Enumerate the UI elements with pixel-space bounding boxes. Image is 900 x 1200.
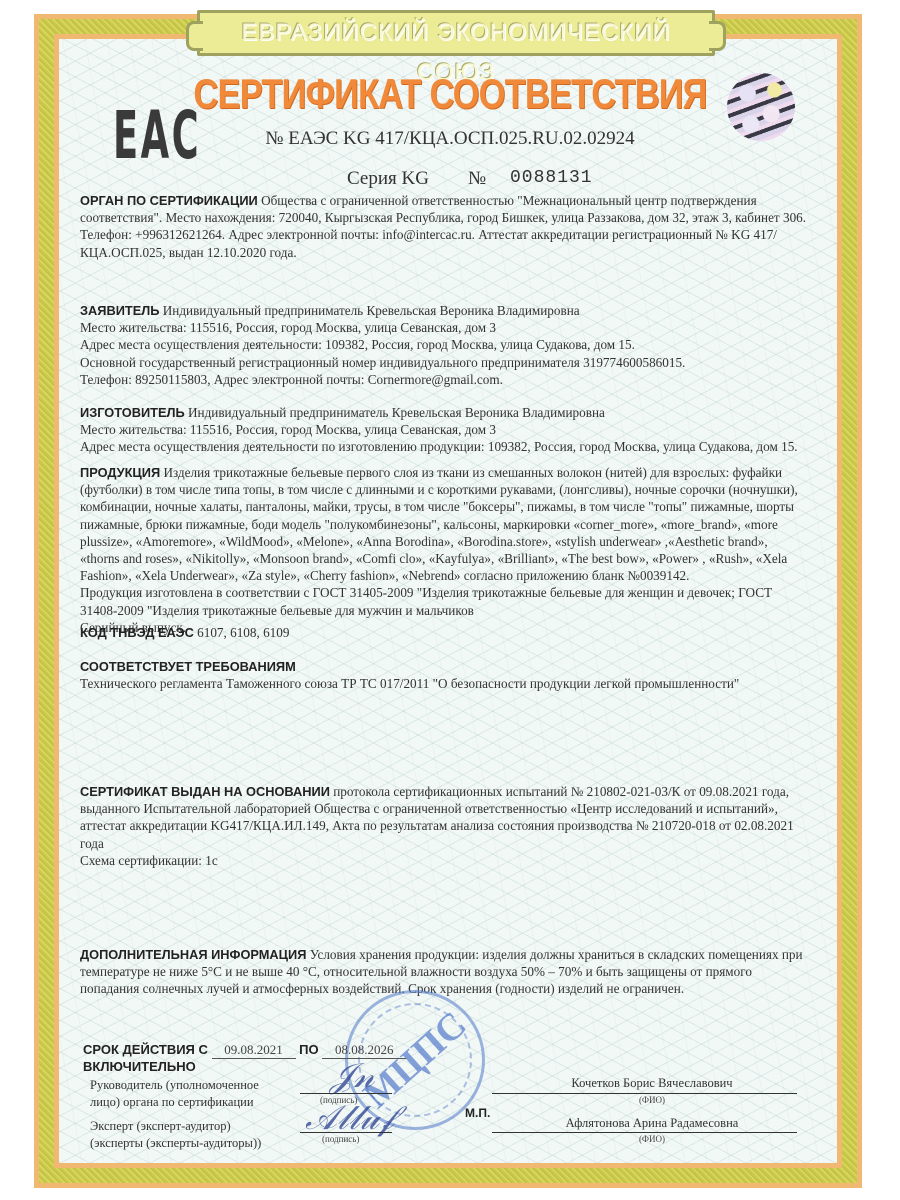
seal-place-label: М.П. (465, 1106, 490, 1120)
product-label: ПРОДУКЦИЯ (80, 465, 160, 480)
applicant-label: ЗАЯВИТЕЛЬ (80, 303, 159, 318)
head-signatory-label: Руководитель (уполномоченное лицо) орган… (90, 1077, 259, 1111)
requirements-text: Технического регламента Таможенного союз… (80, 675, 810, 692)
certification-scheme: Схема сертификации: 1с (80, 852, 810, 869)
applicant-residence: Место жительства: 115516, Россия, город … (80, 319, 810, 336)
head-signature-line (300, 1093, 392, 1094)
section-applicant: ЗАЯВИТЕЛЬ Индивидуальный предприниматель… (80, 302, 810, 388)
manufacturer-name: Индивидуальный предприниматель Кревельск… (185, 405, 605, 420)
requirements-label: СООТВЕТСТВУЕТ ТРЕБОВАНИЯМ (80, 658, 810, 675)
applicant-activity-address: Адрес места осуществления деятельности: … (80, 336, 810, 353)
applicant-name: Индивидуальный предприниматель Кревельск… (159, 303, 579, 318)
applicant-ogrnip: Основной государственный регистрационный… (80, 354, 810, 371)
section-basis: СЕРТИФИКАТ ВЫДАН НА ОСНОВАНИИ протокола … (80, 783, 810, 869)
expert-signatory-label: Эксперт (эксперт-аудитор) (эксперты (экс… (90, 1118, 261, 1152)
manufacturer-residence: Место жительства: 115516, Россия, город … (80, 421, 810, 438)
additional-info-label: ДОПОЛНИТЕЛЬНАЯ ИНФОРМАЦИЯ (80, 947, 306, 962)
section-certification-body: ОРГАН ПО СЕРТИФИКАЦИИ Общества с огранич… (80, 192, 810, 261)
eaeu-banner: ЕВРАЗИЙСКИЙ ЭКОНОМИЧЕСКИЙ СОЮЗ (197, 10, 715, 56)
number-sign: № (468, 168, 486, 190)
head-label-line2: лицо) органа по сертификации (90, 1094, 259, 1111)
head-name-caption: (ФИО) (502, 1095, 802, 1105)
head-label-line1: Руководитель (уполномоченное (90, 1077, 259, 1094)
section-product: ПРОДУКЦИЯ Изделия трикотажные бельевые п… (80, 464, 810, 636)
manufacturer-label: ИЗГОТОВИТЕЛЬ (80, 405, 185, 420)
applicant-contacts: Телефон: 89250115803, Адрес электронной … (80, 371, 810, 388)
validity-from-date: 09.08.2021 (212, 1042, 296, 1059)
expert-label-line1: Эксперт (эксперт-аудитор) (90, 1118, 261, 1135)
expert-label-line2: (эксперты (эксперты-аудиторы)) (90, 1135, 261, 1152)
series-number: 0088131 (510, 168, 593, 188)
expert-signature-caption: (подпись) (322, 1134, 359, 1144)
validity-from-label: СРОК ДЕЙСТВИЯ С (83, 1042, 208, 1057)
product-description: Изделия трикотажные бельевые первого сло… (80, 465, 798, 583)
validity-to-label: ПО (299, 1042, 318, 1057)
tnved-codes: 6107, 6108, 6109 (194, 625, 290, 640)
manufacturer-production-address: Адрес места осуществления деятельности п… (80, 438, 810, 455)
tnved-label: КОД ТНВЭД ЕАЭС (80, 625, 194, 640)
expert-name-line (492, 1132, 797, 1133)
head-name-line (492, 1093, 797, 1094)
head-name: Кочетков Борис Вячеславович (502, 1076, 802, 1091)
head-signature-icon: 𝒥𝓃 (330, 1056, 374, 1096)
section-tnved: КОД ТНВЭД ЕАЭС 6107, 6108, 6109 (80, 624, 810, 641)
certification-body-label: ОРГАН ПО СЕРТИФИКАЦИИ (80, 193, 258, 208)
expert-name: Афлятонова Арина Радамесовна (502, 1116, 802, 1131)
expert-name-caption: (ФИО) (502, 1134, 802, 1144)
product-standards: Продукция изготовлена в соответствии с Г… (80, 584, 810, 618)
certificate-number: № ЕАЭС KG 417/КЦА.ОСП.025.RU.02.02924 (0, 128, 900, 150)
series-label: Серия KG (347, 168, 429, 190)
section-manufacturer: ИЗГОТОВИТЕЛЬ Индивидуальный предпринимат… (80, 404, 810, 456)
section-requirements: СООТВЕТСТВУЕТ ТРЕБОВАНИЯМ Технического р… (80, 658, 810, 692)
section-additional-info: ДОПОЛНИТЕЛЬНАЯ ИНФОРМАЦИЯ Условия хранен… (80, 946, 810, 998)
basis-label: СЕРТИФИКАТ ВЫДАН НА ОСНОВАНИИ (80, 784, 330, 799)
expert-signature-line (300, 1132, 392, 1133)
